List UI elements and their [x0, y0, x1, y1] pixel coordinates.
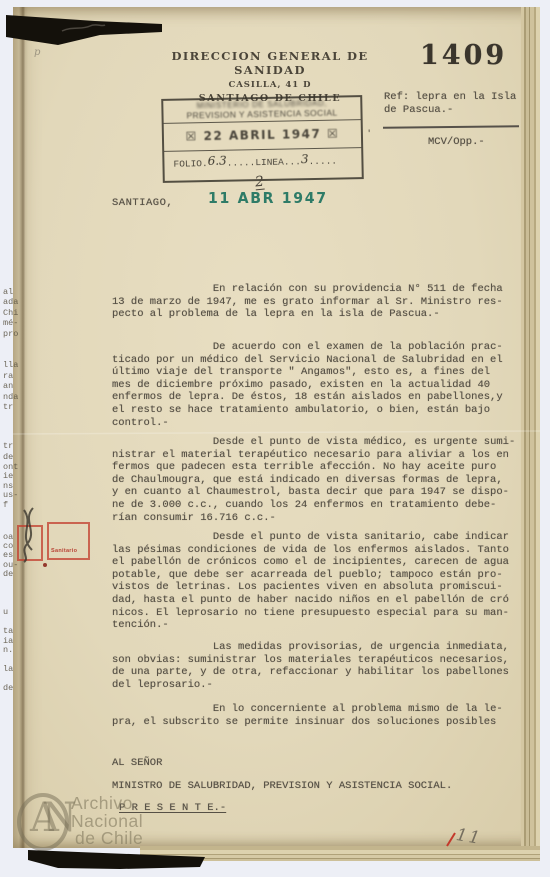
archive-number: 1409 [420, 40, 507, 71]
letterhead-line1: DIRECCION GENERAL DE SANIDAD [150, 49, 390, 77]
addressee-title: MINISTRO DE SALUBRIDAD, PREVISION Y ASIS… [112, 780, 452, 792]
margin-text-fragment: de [3, 452, 13, 462]
margin-text-fragment: pro [3, 329, 18, 339]
margin-text-fragment: an [3, 381, 13, 391]
left-margin-fragments: aladaChimé-prollaraanndatrtrdeontiensus-… [0, 0, 24, 877]
margin-text-fragment: ra [3, 371, 13, 381]
margin-text-fragment: ada [3, 297, 18, 307]
margin-text-fragment: f [3, 500, 8, 510]
red-ink-dot [43, 563, 47, 567]
body-paragraph-2: De acuerdo con el examen de la población… [112, 341, 526, 429]
margin-text-fragment: us- [3, 490, 18, 500]
margin-text-fragment: lla [3, 360, 18, 370]
linea-value-handwritten: 3 [301, 152, 309, 166]
body-paragraph-1: En relación con su providencia N° 511 de… [112, 283, 526, 321]
margin-text-fragment: tr [3, 441, 13, 451]
pencil-note-top1: 3 [36, 30, 43, 43]
margin-text-fragment: la [3, 664, 13, 674]
ballot-x-icon: ☒ [327, 127, 340, 141]
red-stamp-box-right: Sanitario [47, 522, 90, 560]
margin-text-fragment: u [3, 607, 8, 617]
page-stack-bottom-edge [140, 846, 540, 861]
margin-text-fragment: Chi [3, 308, 18, 318]
letterhead-line2: CASILLA, 41 D [150, 80, 390, 90]
pencil-note-top2: p [34, 47, 40, 58]
red-stamp-box-left [17, 525, 43, 561]
margin-text-fragment: es [3, 550, 13, 560]
addressee-salutation: AL SEÑOR [112, 757, 162, 769]
stamp-folio-line: FOLIO.6.3.....LINEA...3..... [164, 148, 361, 170]
body-paragraph-5: Las medidas provisorias, de urgencia inm… [112, 641, 526, 691]
linea-dots: ... [284, 156, 301, 167]
pen-tick-mark: ' [368, 127, 370, 141]
margin-text-fragment: de [3, 569, 13, 579]
margin-text-fragment: tr [3, 402, 13, 412]
folio-dots: ..... [227, 157, 256, 169]
margin-text-fragment: al [3, 287, 13, 297]
handwritten-mark-2: 2 [254, 174, 265, 191]
folio-label: FOLIO. [173, 158, 207, 170]
margin-text-fragment: n. [3, 645, 13, 655]
ballot-x-icon: ☒ [185, 129, 198, 143]
margin-text-fragment: ta [3, 626, 13, 636]
received-ink-stamp: MINISTERIO DE SALUBRIDAD, PREVISION Y AS… [161, 95, 364, 183]
red-stamp-label: Sanitario [51, 548, 77, 554]
margin-text-fragment: mé- [3, 318, 18, 328]
scanned-document-page: DIRECCION GENERAL DE SANIDAD CASILLA, 41… [0, 0, 550, 877]
margin-text-fragment: ie [3, 471, 13, 481]
stamp-date-line: ☒ 22 ABRIL 1947 ☒ [164, 120, 361, 149]
city-line: SANTIAGO, [112, 197, 173, 209]
clerk-initials: MCV/Opp.- [428, 136, 485, 148]
linea-label: LINEA [255, 157, 284, 169]
folio-value-handwritten: 6.3 [207, 154, 226, 168]
presente-line: P R E S E N T E.- [119, 802, 226, 814]
reference-line1: Ref: lepra en la Isla [384, 91, 516, 104]
margin-text-fragment: de [3, 683, 13, 693]
date-received-stamp: 11 ABR 1947 [208, 189, 328, 207]
reference-block: Ref: lepra en la Isla de Pascua.- [384, 91, 516, 117]
body-paragraph-4: Desde el punto de vista sanitario, cabe … [112, 531, 526, 632]
trailing-dots: ..... [308, 156, 337, 168]
body-paragraph-6: En lo concerniente al problema mismo de … [112, 703, 526, 728]
reference-line2: de Pascua.- [384, 104, 516, 117]
body-paragraph-3: Desde el punto de vista médico, es urgen… [112, 436, 526, 524]
stamp-date: 22 ABRIL 1947 [203, 127, 321, 143]
handwritten-page-number: 11 [454, 825, 483, 849]
margin-text-fragment: nda [3, 392, 18, 402]
